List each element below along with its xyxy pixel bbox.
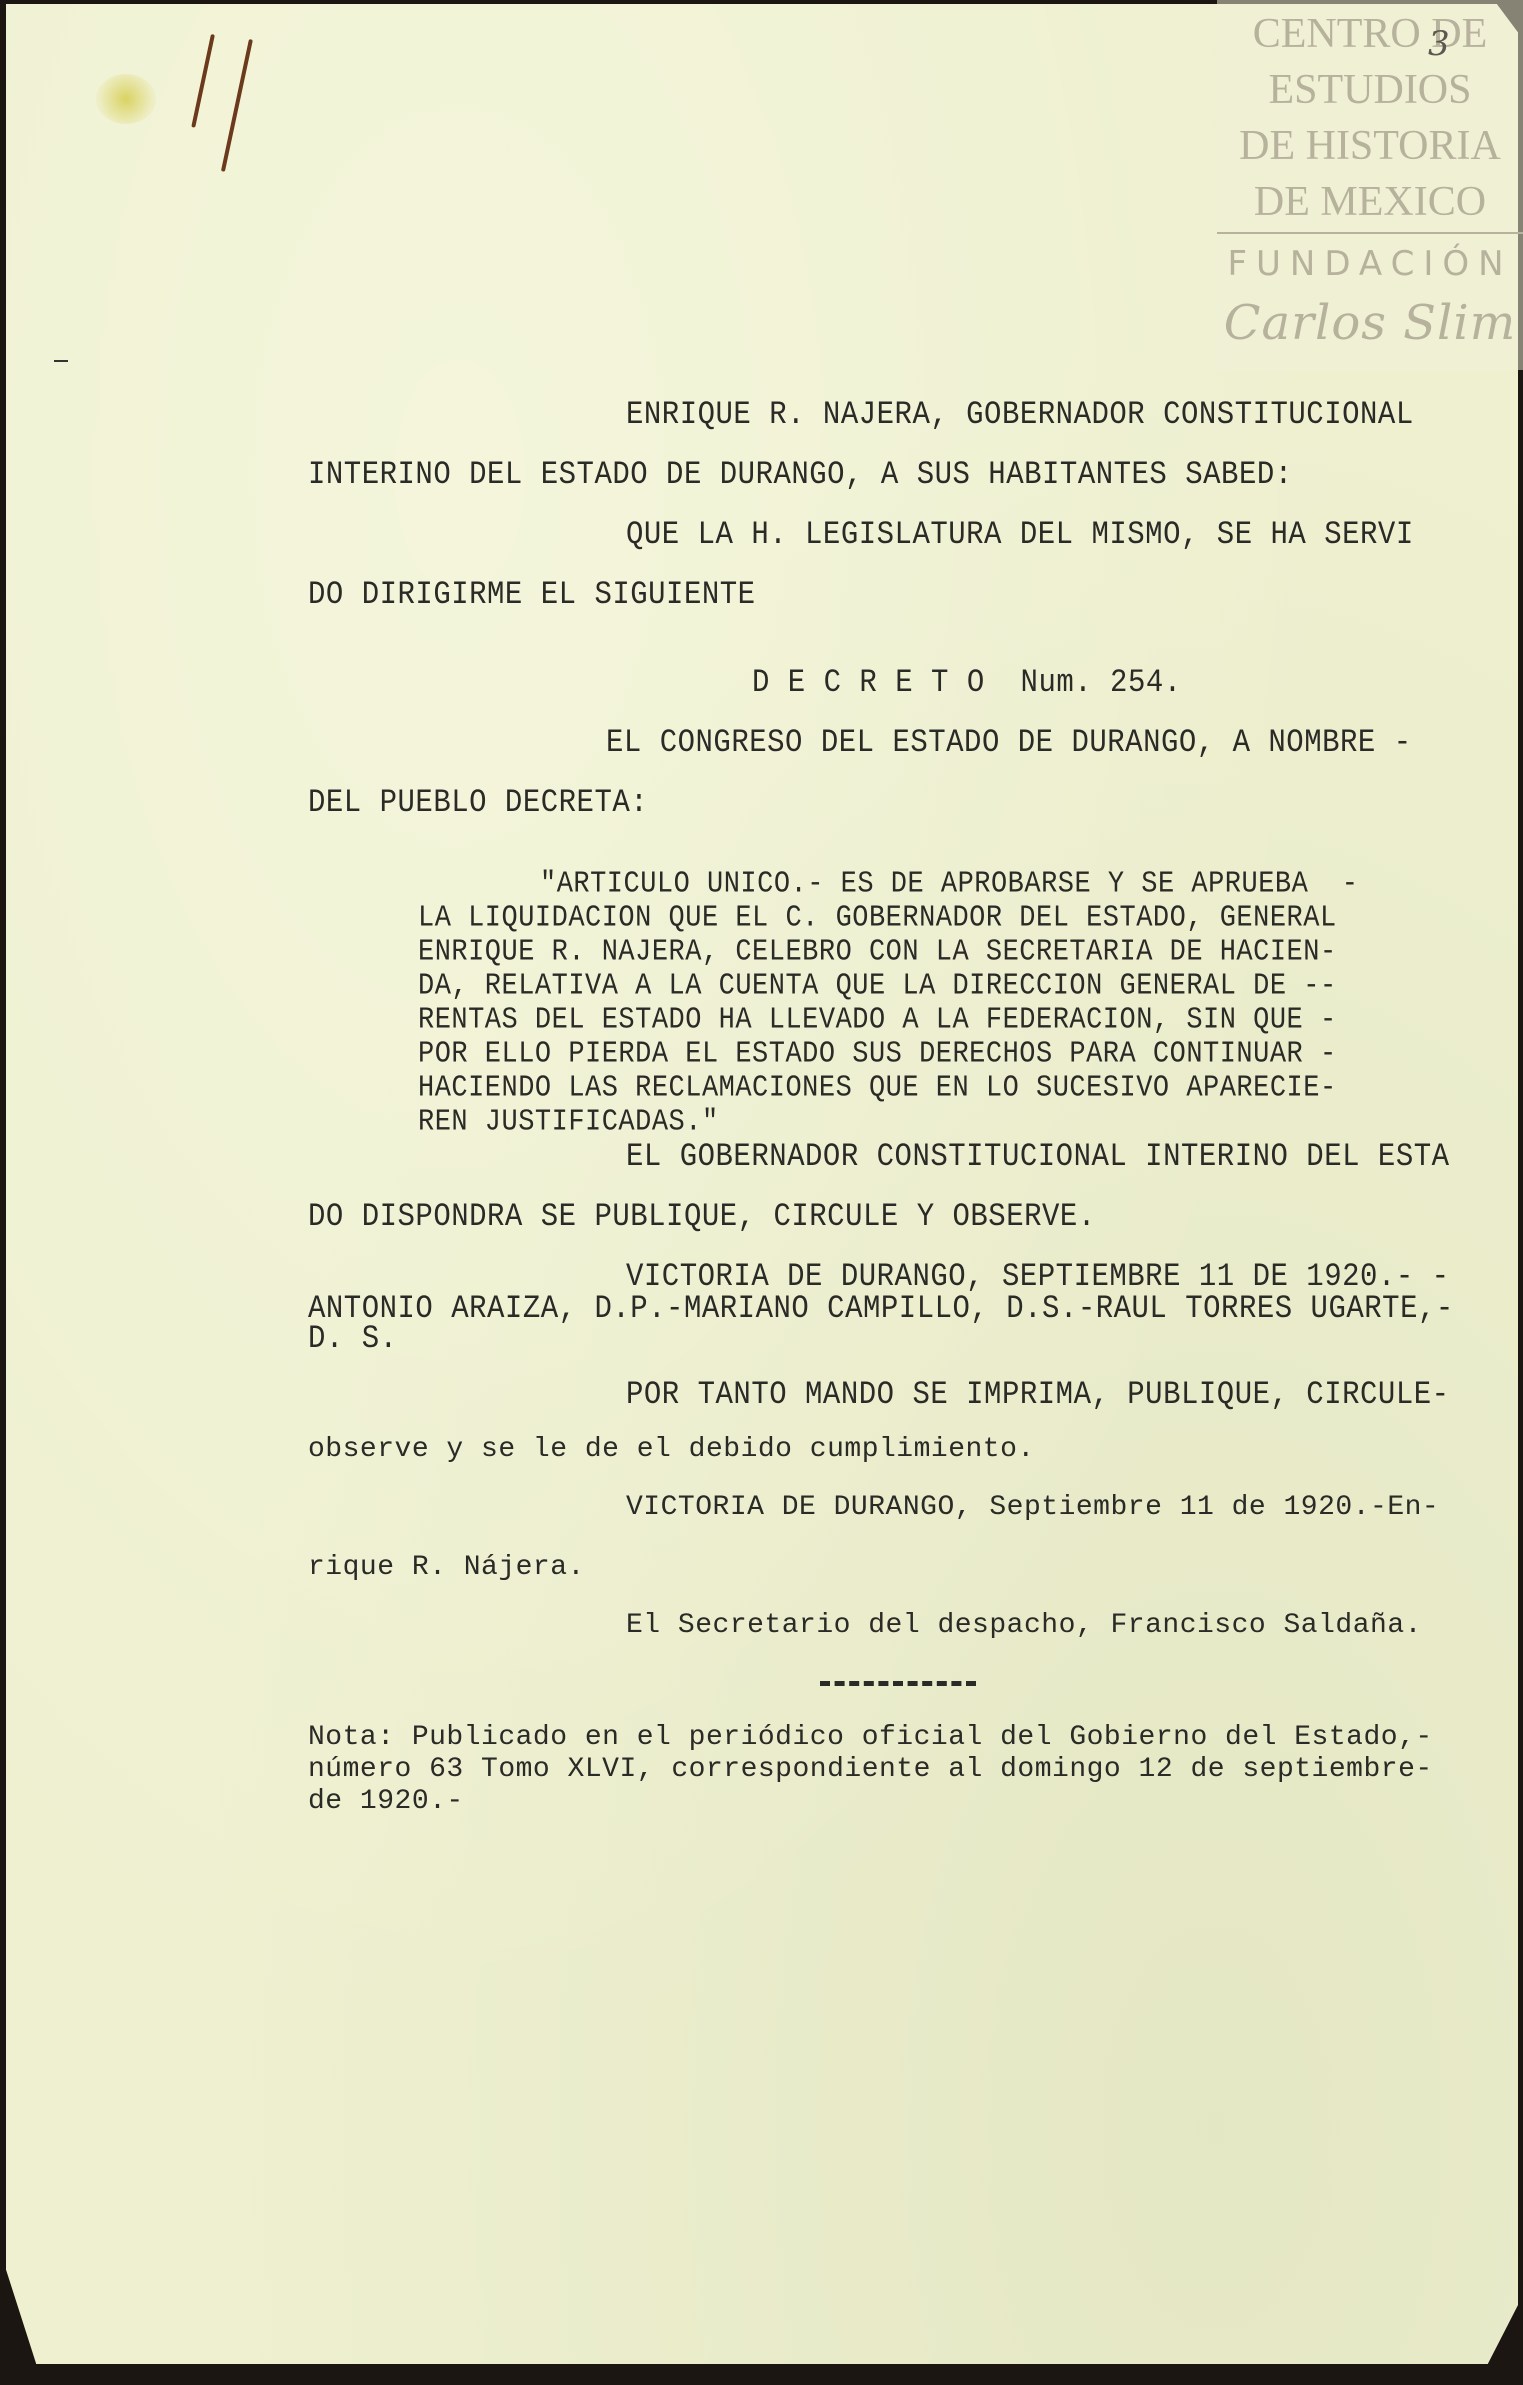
note-line: de 1920.- [308, 1786, 464, 1817]
promulgation-line: POR TANTO MANDO SE IMPRIMA, PUBLIQUE, CI… [626, 1376, 1450, 1413]
intro-line: INTERINO DEL ESTADO DE DURANGO, A SUS HA… [308, 456, 1293, 493]
promulgation-line: observe y se le de el debido cumplimient… [308, 1434, 1035, 1465]
watermark-line: DE MEXICO [1217, 174, 1523, 230]
decree-title: D E C R E T O Num. 254. [752, 664, 1182, 701]
closing-line: VICTORIA DE DURANGO, Septiembre 11 de 19… [626, 1492, 1439, 1523]
stain-mark [96, 74, 156, 124]
margin-mark [54, 360, 68, 362]
article-line: HACIENDO LAS RECLAMACIONES QUE EN LO SUC… [418, 1072, 1337, 1106]
intro-line: QUE LA H. LEGISLATURA DEL MISMO, SE HA S… [626, 516, 1414, 553]
governor-order-line: EL GOBERNADOR CONSTITUCIONAL INTERINO DE… [626, 1138, 1450, 1175]
watermark-line: CENTRO DE [1217, 6, 1523, 62]
watermark-foundation: FUNDACIÓN [1217, 240, 1523, 288]
paperclip-rust-mark [191, 34, 215, 128]
closing-line: El Secretario del despacho, Francisco Sa… [626, 1610, 1422, 1641]
archive-watermark: CENTRO DE ESTUDIOS DE HISTORIA DE MEXICO… [1217, 0, 1523, 370]
paperclip-rust-mark [221, 39, 253, 172]
note-line: número 63 Tomo XLVI, correspondiente al … [308, 1754, 1433, 1785]
article-line: POR ELLO PIERDA EL ESTADO SUS DERECHOS P… [418, 1038, 1337, 1072]
intro-line: DO DIRIGIRME EL SIGUIENTE [308, 576, 756, 613]
section-divider [820, 1681, 976, 1691]
watermark-line: DE HISTORIA [1217, 118, 1523, 174]
signatories-line: D. S. [308, 1320, 398, 1357]
intro-line: ENRIQUE R. NAJERA, GOBERNADOR CONSTITUCI… [626, 396, 1414, 433]
article-line: DA, RELATIVA A LA CUENTA QUE LA DIRECCIO… [418, 970, 1337, 1004]
watermark-divider [1217, 232, 1523, 234]
article-line: REN JUSTIFICADAS." [418, 1106, 719, 1140]
article-line: LA LIQUIDACION QUE EL C. GOBERNADOR DEL … [418, 902, 1337, 936]
note-line: Nota: Publicado en el periódico oficial … [308, 1722, 1433, 1753]
watermark-line: ESTUDIOS [1217, 62, 1523, 118]
congress-line: DEL PUEBLO DECRETA: [308, 784, 648, 821]
article-line: RENTAS DEL ESTADO HA LLEVADO A LA FEDERA… [418, 1004, 1337, 1038]
closing-line: rique R. Nájera. [308, 1552, 585, 1583]
signatories-line: ANTONIO ARAIZA, D.P.-MARIANO CAMPILLO, D… [308, 1290, 1454, 1327]
article-line: ENRIQUE R. NAJERA, CELEBRO CON LA SECRET… [418, 936, 1337, 970]
governor-order-line: DO DISPONDRA SE PUBLIQUE, CIRCULE Y OBSE… [308, 1198, 1096, 1235]
congress-line: EL CONGRESO DEL ESTADO DE DURANGO, A NOM… [606, 724, 1412, 761]
watermark-signature: Carlos Slim [1217, 288, 1523, 358]
article-line: "ARTICULO UNICO.- ES DE APROBARSE Y SE A… [540, 868, 1358, 902]
page-number: 3 [1428, 24, 1450, 64]
